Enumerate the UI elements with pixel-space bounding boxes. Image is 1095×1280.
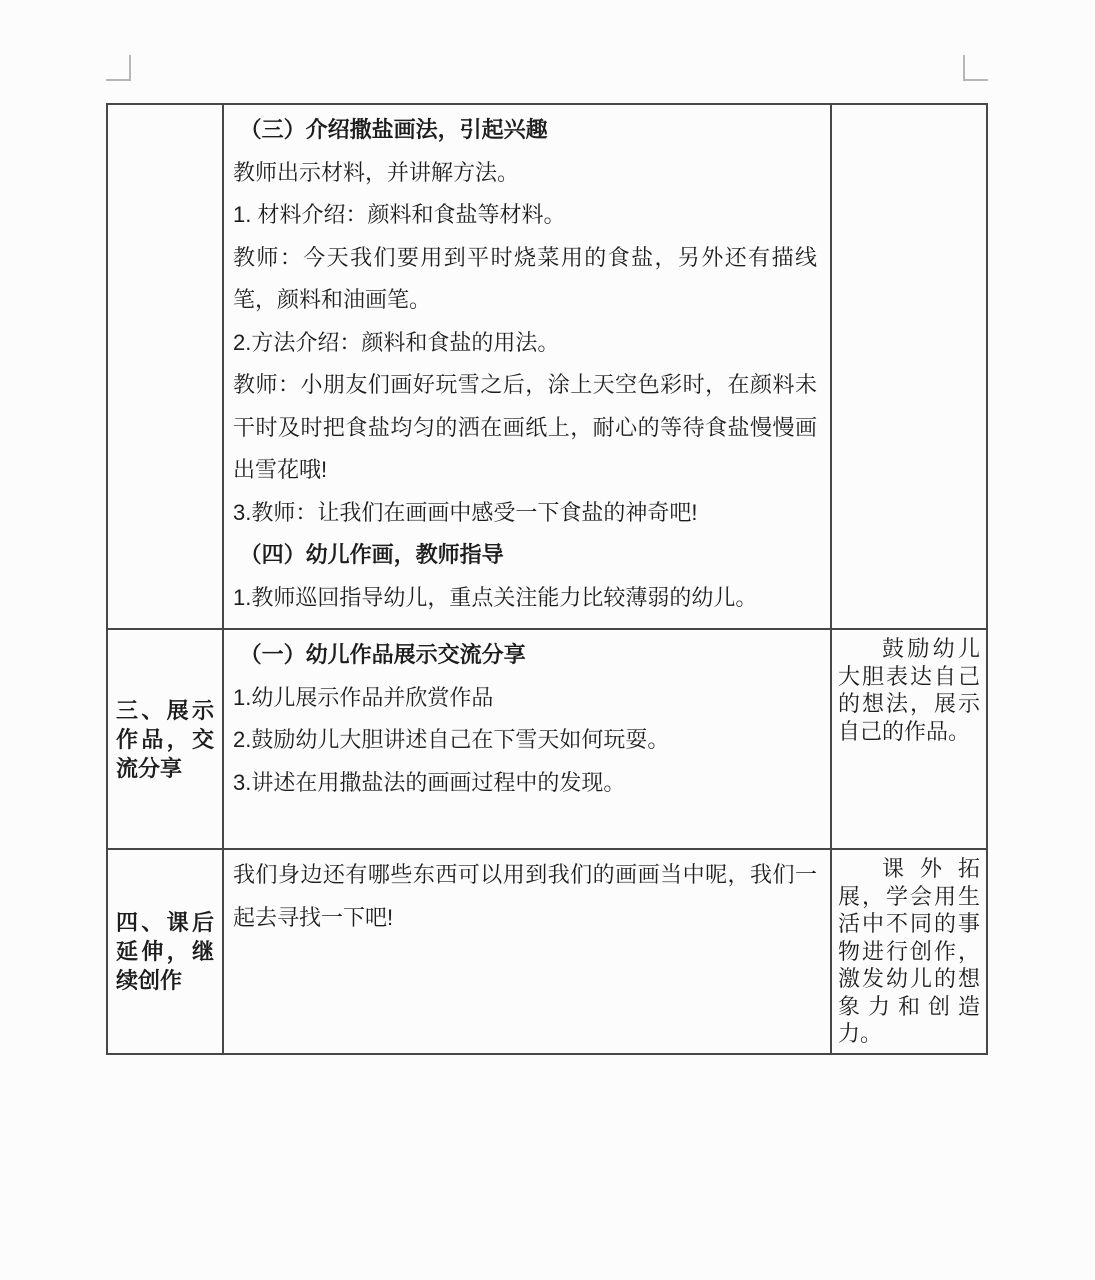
stage-cell-empty xyxy=(107,104,223,629)
table-row-extension: 四、课后延伸，继续创作 我们身边还有哪些东西可以用到我们的画画当中呢，我们一起去… xyxy=(107,849,987,1054)
content-paragraph: 教师：今天我们要用到平时烧菜用的食盐，另外还有描线笔，颜料和油画笔。 xyxy=(233,237,817,322)
content-paragraph: 2.鼓励幼儿大胆讲述自己在下雪天如何玩耍。 xyxy=(233,719,817,762)
content-paragraph: 3.教师：让我们在画画中感受一下食盐的神奇吧! xyxy=(233,492,817,535)
stage-label: 四、课后延伸，继续创作 xyxy=(107,849,223,1054)
content-paragraph: 1. 材料介绍：颜料和食盐等材料。 xyxy=(233,194,817,237)
note-text: 鼓励幼儿大胆表达自己的想法，展示自己的作品。 xyxy=(838,635,980,745)
section-heading: （四）幼儿作画，教师指导 xyxy=(233,534,817,577)
note-text: 课外拓展，学会用生活中不同的事物进行创作，激发幼儿的想象力和创造力。 xyxy=(838,855,980,1048)
content-cell: （三）介绍撒盐画法，引起兴趣 教师出示材料，并讲解方法。 1. 材料介绍：颜料和… xyxy=(223,104,831,629)
stage-label: 三、展示作品，交流分享 xyxy=(107,629,223,849)
lesson-plan-table: （三）介绍撒盐画法，引起兴趣 教师出示材料，并讲解方法。 1. 材料介绍：颜料和… xyxy=(106,103,988,1055)
content-paragraph: 教师出示材料，并讲解方法。 xyxy=(233,152,817,195)
content-cell: （一）幼儿作品展示交流分享 1.幼儿展示作品并欣赏作品 2.鼓励幼儿大胆讲述自己… xyxy=(223,629,831,849)
section-heading: （一）幼儿作品展示交流分享 xyxy=(233,634,817,677)
content-paragraph: 我们身边还有哪些东西可以用到我们的画画当中呢，我们一起去寻找一下吧! xyxy=(233,854,817,939)
content-paragraph: 教师：小朋友们画好玩雪之后，涂上天空色彩时，在颜料未干时及时把食盐均匀的洒在画纸… xyxy=(233,364,817,492)
note-cell: 鼓励幼儿大胆表达自己的想法，展示自己的作品。 xyxy=(831,629,987,849)
margin-corner-mark-right xyxy=(963,55,988,81)
table-row-show-share: 三、展示作品，交流分享 （一）幼儿作品展示交流分享 1.幼儿展示作品并欣赏作品 … xyxy=(107,629,987,849)
margin-corner-mark-left xyxy=(106,55,131,81)
content-cell: 我们身边还有哪些东西可以用到我们的画画当中呢，我们一起去寻找一下吧! xyxy=(223,849,831,1054)
table-row-activity-intro: （三）介绍撒盐画法，引起兴趣 教师出示材料，并讲解方法。 1. 材料介绍：颜料和… xyxy=(107,104,987,629)
content-paragraph: 1.幼儿展示作品并欣赏作品 xyxy=(233,677,817,720)
document-page: （三）介绍撒盐画法，引起兴趣 教师出示材料，并讲解方法。 1. 材料介绍：颜料和… xyxy=(0,0,1095,1280)
content-paragraph: 1.教师巡回指导幼儿，重点关注能力比较薄弱的幼儿。 xyxy=(233,577,817,620)
note-cell: 课外拓展，学会用生活中不同的事物进行创作，激发幼儿的想象力和创造力。 xyxy=(831,849,987,1054)
content-paragraph: 3.讲述在用撒盐法的画画过程中的发现。 xyxy=(233,762,817,805)
section-heading: （三）介绍撒盐画法，引起兴趣 xyxy=(233,109,817,152)
note-cell-empty xyxy=(831,104,987,629)
content-paragraph: 2.方法介绍：颜料和食盐的用法。 xyxy=(233,322,817,365)
